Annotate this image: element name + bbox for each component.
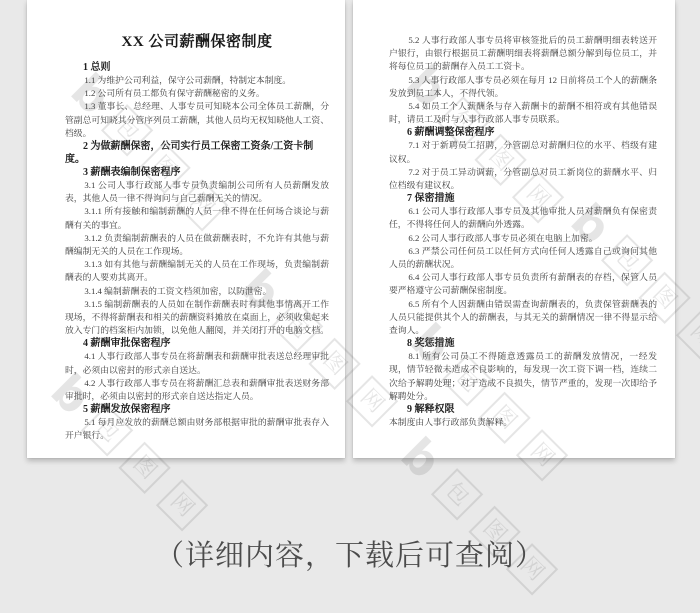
doc-paragraph: 8.1 所有公司员工不得随意透露员工的薪酬发放情况，一经发现，情节轻微未造成不良… [389, 350, 657, 403]
left-column: 1 总则1.1 为维护公司利益，保守公司薪酬，特制定本制度。1.2 公司所有员工… [65, 61, 329, 443]
section-heading: 9 解释权限 [389, 403, 657, 416]
doc-paragraph: 5.2 人事行政部人事专员将审核签批后的员工薪酬明细表转送开户银行，由银行根据员… [389, 34, 657, 74]
section-heading: 2 为做薪酬保密，公司实行员工保密工资条/工资卡制度。 [65, 140, 329, 166]
doc-paragraph: 7.1 对于新聘员工招聘，分管副总对薪酬归位的水平、档级有建议权。 [389, 139, 657, 165]
doc-paragraph: 7.2 对于员工异动调薪，分管副总对员工新岗位的薪酬水平、归位档级有建议权。 [389, 166, 657, 192]
section-heading: 3 薪酬表编制保密程序 [65, 166, 329, 179]
doc-paragraph: 6.3 严禁公司任何员工以任何方式向任何人透露自己或询问其他人员的薪酬状况。 [389, 245, 657, 271]
section-heading: 1 总则 [65, 61, 329, 74]
document-title: XX 公司薪酬保密制度 [65, 30, 329, 51]
doc-paragraph: 3.1 公司人事行政部人事专员负责编制公司所有人员薪酬发放表，其他人员一律不得询… [65, 179, 329, 205]
section-heading: 8 奖惩措施 [389, 337, 657, 350]
doc-paragraph: 3.1.2 负责编制薪酬表的人员在做薪酬表时，不允许有其他与薪酬编制无关的人员在… [65, 232, 329, 258]
doc-paragraph: 3.1.5 编制薪酬表的人员如在制作薪酬表时有其他事情离开工作现场，不得将薪酬表… [65, 298, 329, 338]
section-heading: 5 薪酬发放保密程序 [65, 403, 329, 416]
watermark-char: 包 [431, 468, 483, 520]
watermark-char: 网 [156, 479, 208, 531]
section-heading: 6 薪酬调整保密程序 [389, 126, 657, 139]
doc-paragraph: 1.1 为维护公司利益，保守公司薪酬，特制定本制度。 [65, 74, 329, 87]
section-heading: 7 保密措施 [389, 192, 657, 205]
watermark-char: 网 [676, 309, 700, 361]
doc-paragraph: 本制度由人事行政部负责解释。 [389, 416, 657, 429]
doc-paragraph: 6.4 公司人事行政部人事专员负责所有薪酬表的存档，保管人员要严格遵守公司薪酬保… [389, 271, 657, 297]
doc-paragraph: 6.5 所有个人因薪酬由错误需查询薪酬表的，负责保管薪酬表的人员只能提供其个人的… [389, 298, 657, 338]
document-page-left: XX 公司薪酬保密制度 1 总则1.1 为维护公司利益，保守公司薪酬，特制定本制… [27, 0, 345, 458]
doc-paragraph: 5.3 人事行政部人事专员必须在每月 12 日前将员工个人的薪酬条发放到员工本人… [389, 74, 657, 100]
doc-paragraph: 1.3 董事长、总经理、人事专员可知晓本公司全体员工薪酬，分管副总可知晓其分管序… [65, 100, 329, 140]
doc-paragraph: 6.2 公司人事行政部人事专员必须在电脑上加密。 [389, 232, 657, 245]
doc-paragraph: 4.2 人事行政部人事专员在将薪酬汇总表和薪酬审批表送财务部审批时，必须由以密封… [65, 377, 329, 403]
preview-caption: （详细内容，下载后可查阅） [0, 533, 700, 574]
doc-paragraph: 5.1 每月应发放的薪酬总额由财务部根据审批的薪酬审批表存入开户银行。 [65, 416, 329, 442]
doc-paragraph: 3.1.3 如有其他与薪酬编制无关的人员在工作现场，负责编制薪酬表的人要劝其离开… [65, 258, 329, 284]
doc-paragraph: 3.1.1 所有接触和编制薪酬的人员一律不得在任何场合谈论与薪酬有关的事宜。 [65, 205, 329, 231]
doc-paragraph: 3.1.4 编制薪酬表的工资文档须加密，以防泄密。 [65, 285, 329, 298]
doc-paragraph: 1.2 公司所有员工都负有保守薪酬秘密的义务。 [65, 87, 329, 100]
document-page-right: 5.2 人事行政部人事专员将审核签批后的员工薪酬明细表转送开户银行，由银行根据员… [353, 0, 675, 458]
section-heading: 4 薪酬审批保密程序 [65, 337, 329, 350]
doc-paragraph: 5.4 如员工个人薪酬条与存入薪酬卡的薪酬不相符或有其他错误时，请员工及时与人事… [389, 100, 657, 126]
right-column: 5.2 人事行政部人事专员将审核签批后的员工薪酬明细表转送开户银行，由银行根据员… [389, 34, 657, 429]
doc-paragraph: 4.1 人事行政部人事专员在将薪酬表和薪酬审批表送总经理审批时，必须由以密封的形… [65, 350, 329, 376]
doc-paragraph: 6.1 公司人事行政部人事专员及其他审批人员对薪酬负有保密责任，不得将任何人的薪… [389, 205, 657, 231]
